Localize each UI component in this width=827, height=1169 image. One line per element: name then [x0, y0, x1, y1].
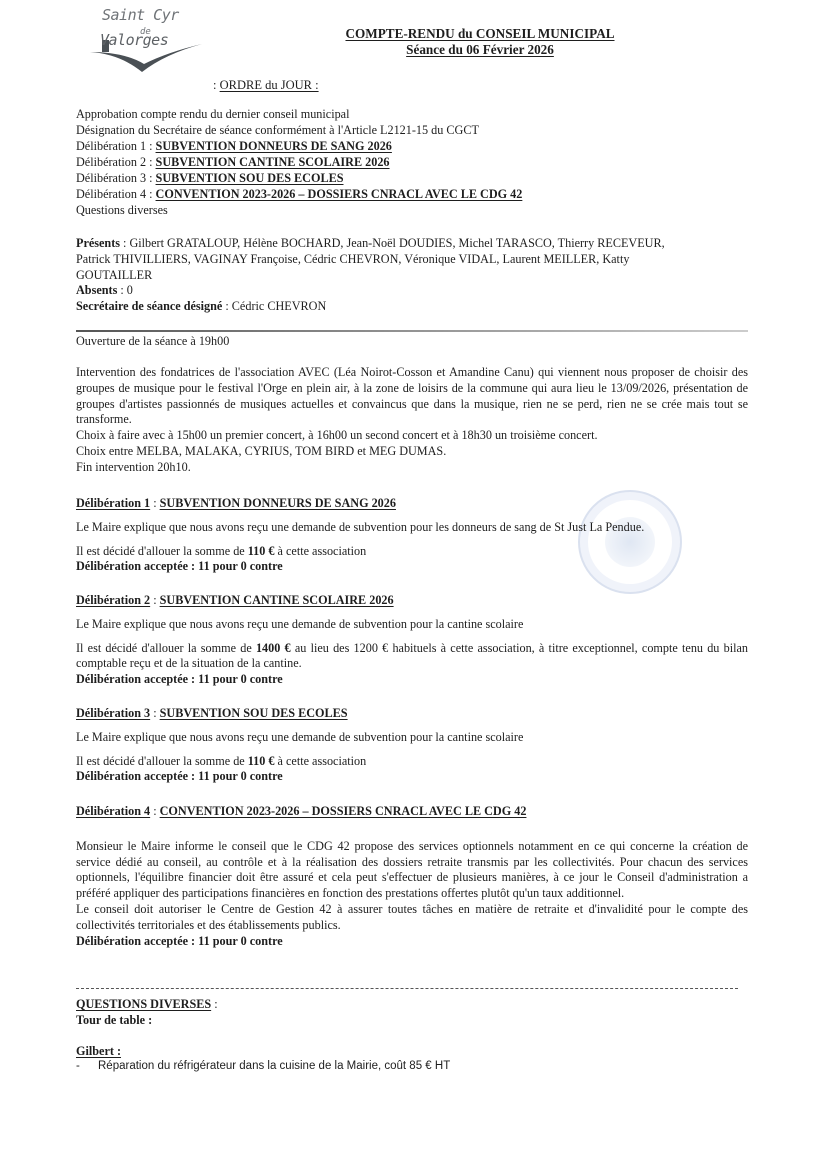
- agenda-item-title: SUBVENTION SOU DES ECOLES: [156, 171, 344, 185]
- deliberation-label: Délibération 2: [76, 593, 150, 607]
- list-item-text: Réparation du réfrigérateur dans la cuis…: [98, 1060, 450, 1072]
- agenda-prefix: :: [213, 78, 220, 92]
- agenda-item-label: Délibération 2 :: [76, 155, 156, 169]
- agenda-item-text: Approbation compte rendu du dernier cons…: [76, 107, 349, 121]
- separator: :: [211, 997, 217, 1011]
- deliberation-label: Délibération 4: [76, 804, 150, 818]
- deliberation-heading: Délibération 2 : SUBVENTION CANTINE SCOL…: [76, 593, 748, 609]
- deliberation-paragraph: Le conseil doit autoriser le Centre de G…: [76, 902, 748, 934]
- section-divider: [76, 330, 748, 332]
- speaker-name: Gilbert :: [76, 1044, 748, 1060]
- agenda-item-label: Délibération 4 :: [76, 187, 156, 201]
- decision-text: à cette association: [275, 754, 367, 768]
- deliberation-explanation: Le Maire explique que nous avons reçu un…: [76, 617, 748, 633]
- deliberation-title: CONVENTION 2023-2026 – DOSSIERS CNRACL A…: [160, 804, 527, 818]
- agenda-item: Désignation du Secrétaire de séance conf…: [76, 123, 776, 139]
- separator: :: [150, 804, 159, 818]
- deliberation-heading: Délibération 3 : SUBVENTION SOU DES ECOL…: [76, 706, 748, 722]
- agenda-item-title: CONVENTION 2023-2026 – DOSSIERS CNRACL A…: [156, 187, 523, 201]
- separator: :: [150, 706, 159, 720]
- deliberation-decision: Il est décidé d'allouer la somme de 1400…: [76, 641, 748, 673]
- agenda-item-text: Questions diverses: [76, 203, 168, 217]
- questions-diverses: QUESTIONS DIVERSES : Tour de table : Gil…: [76, 997, 748, 1075]
- secretary-line: Secrétaire de séance désigné : Cédric CH…: [76, 299, 676, 315]
- deliberation-heading: Délibération 1 : SUBVENTION DONNEURS DE …: [76, 496, 748, 512]
- deliberation-1: Délibération 1 : SUBVENTION DONNEURS DE …: [76, 496, 748, 575]
- agenda-item: Délibération 3 : SUBVENTION SOU DES ECOL…: [76, 171, 776, 187]
- agenda-label: ORDRE du JOUR :: [220, 78, 319, 92]
- agenda-item: Questions diverses: [76, 203, 776, 219]
- agenda-list: Approbation compte rendu du dernier cons…: [76, 107, 776, 219]
- separator: :: [150, 593, 159, 607]
- vote-result: Délibération acceptée : 11 pour 0 contre: [76, 934, 748, 950]
- session-date: Séance du 06 Février 2026: [406, 42, 554, 57]
- dashed-divider: [76, 988, 738, 989]
- deliberation-title: SUBVENTION SOU DES ECOLES: [160, 706, 348, 720]
- deliberation-decision: Il est décidé d'allouer la somme de 110 …: [76, 754, 748, 770]
- deliberation-title: SUBVENTION CANTINE SCOLAIRE 2026: [160, 593, 394, 607]
- agenda-item-label: Délibération 1 :: [76, 139, 156, 153]
- municipality-logo: Saint Cyr de Valorges: [80, 6, 210, 76]
- deliberation-title: SUBVENTION DONNEURS DE SANG 2026: [160, 496, 396, 510]
- secretary-value: : Cédric CHEVRON: [222, 299, 326, 313]
- deliberation-decision: Il est décidé d'allouer la somme de 110 …: [76, 544, 748, 560]
- agenda-item-title: SUBVENTION CANTINE SCOLAIRE 2026: [156, 155, 390, 169]
- secretary-label: Secrétaire de séance désigné: [76, 299, 222, 313]
- decision-text: Il est décidé d'allouer la somme de: [76, 544, 248, 558]
- decision-amount: 1400 €: [256, 641, 291, 655]
- document-title: COMPTE-RENDU du CONSEIL MUNICIPAL: [345, 26, 614, 41]
- absents-value: : 0: [117, 283, 133, 297]
- bullet: -: [76, 1059, 98, 1075]
- presents-label: Présents: [76, 236, 120, 250]
- list-item: -Réparation du réfrigérateur dans la cui…: [76, 1059, 748, 1075]
- presents-line: Présents : Gilbert GRATALOUP, Hélène BOC…: [76, 236, 676, 283]
- intervention-end: Fin intervention 20h10.: [76, 460, 748, 476]
- concert-schedule: Choix à faire avec à 15h00 un premier co…: [76, 428, 748, 444]
- deliberation-label: Délibération 3: [76, 706, 150, 720]
- agenda-item-text: Désignation du Secrétaire de séance conf…: [76, 123, 479, 137]
- absents-line: Absents : 0: [76, 283, 676, 299]
- tour-de-table: Tour de table :: [76, 1013, 748, 1029]
- deliberation-3: Délibération 3 : SUBVENTION SOU DES ECOL…: [76, 706, 748, 785]
- decision-amount: 110 €: [248, 754, 275, 768]
- separator: :: [150, 496, 159, 510]
- opening-time: Ouverture de la séance à 19h00: [76, 334, 229, 350]
- deliberation-label: Délibération 1: [76, 496, 150, 510]
- agenda-item: Délibération 4 : CONVENTION 2023-2026 – …: [76, 187, 776, 203]
- deliberation-paragraph: Monsieur le Maire informe le conseil que…: [76, 839, 748, 902]
- vote-result: Délibération acceptée : 11 pour 0 contre: [76, 559, 748, 575]
- questions-title: QUESTIONS DIVERSES: [76, 997, 211, 1011]
- decision-amount: 110 €: [248, 544, 275, 558]
- deliberation-4: Délibération 4 : CONVENTION 2023-2026 – …: [76, 804, 748, 949]
- agenda-item: Approbation compte rendu du dernier cons…: [76, 107, 776, 123]
- agenda-item: Délibération 1 : SUBVENTION DONNEURS DE …: [76, 139, 776, 155]
- agenda-item: Délibération 2 : SUBVENTION CANTINE SCOL…: [76, 155, 776, 171]
- agenda-item-label: Délibération 3 :: [76, 171, 156, 185]
- absents-label: Absents: [76, 283, 117, 297]
- deliberation-2: Délibération 2 : SUBVENTION CANTINE SCOL…: [76, 593, 748, 688]
- decision-text: à cette association: [275, 544, 367, 558]
- agenda-item-title: SUBVENTION DONNEURS DE SANG 2026: [156, 139, 392, 153]
- deliberation-explanation: Le Maire explique que nous avons reçu un…: [76, 730, 748, 746]
- intervention-block: Intervention des fondatrices de l'associ…: [76, 365, 748, 476]
- questions-heading: QUESTIONS DIVERSES :: [76, 997, 748, 1013]
- deliberation-heading: Délibération 4 : CONVENTION 2023-2026 – …: [76, 804, 748, 820]
- vote-result: Délibération acceptée : 11 pour 0 contre: [76, 769, 748, 785]
- decision-text: Il est décidé d'allouer la somme de: [76, 641, 256, 655]
- vote-result: Délibération acceptée : 11 pour 0 contre: [76, 672, 748, 688]
- agenda-heading: : ORDRE du JOUR :: [213, 78, 319, 94]
- presents-list: : Gilbert GRATALOUP, Hélène BOCHARD, Jea…: [76, 236, 665, 282]
- deliberation-explanation: Le Maire explique que nous avons reçu un…: [76, 520, 748, 536]
- document-header: COMPTE-RENDU du CONSEIL MUNICIPAL Séance…: [320, 26, 640, 58]
- band-choices: Choix entre MELBA, MALAKA, CYRIUS, TOM B…: [76, 444, 748, 460]
- decision-text: Il est décidé d'allouer la somme de: [76, 754, 248, 768]
- attendance: Présents : Gilbert GRATALOUP, Hélène BOC…: [76, 236, 676, 315]
- logo-line-3: Valorges: [100, 33, 168, 49]
- intervention-paragraph: Intervention des fondatrices de l'associ…: [76, 365, 748, 428]
- logo-line-1: Saint Cyr: [102, 8, 179, 24]
